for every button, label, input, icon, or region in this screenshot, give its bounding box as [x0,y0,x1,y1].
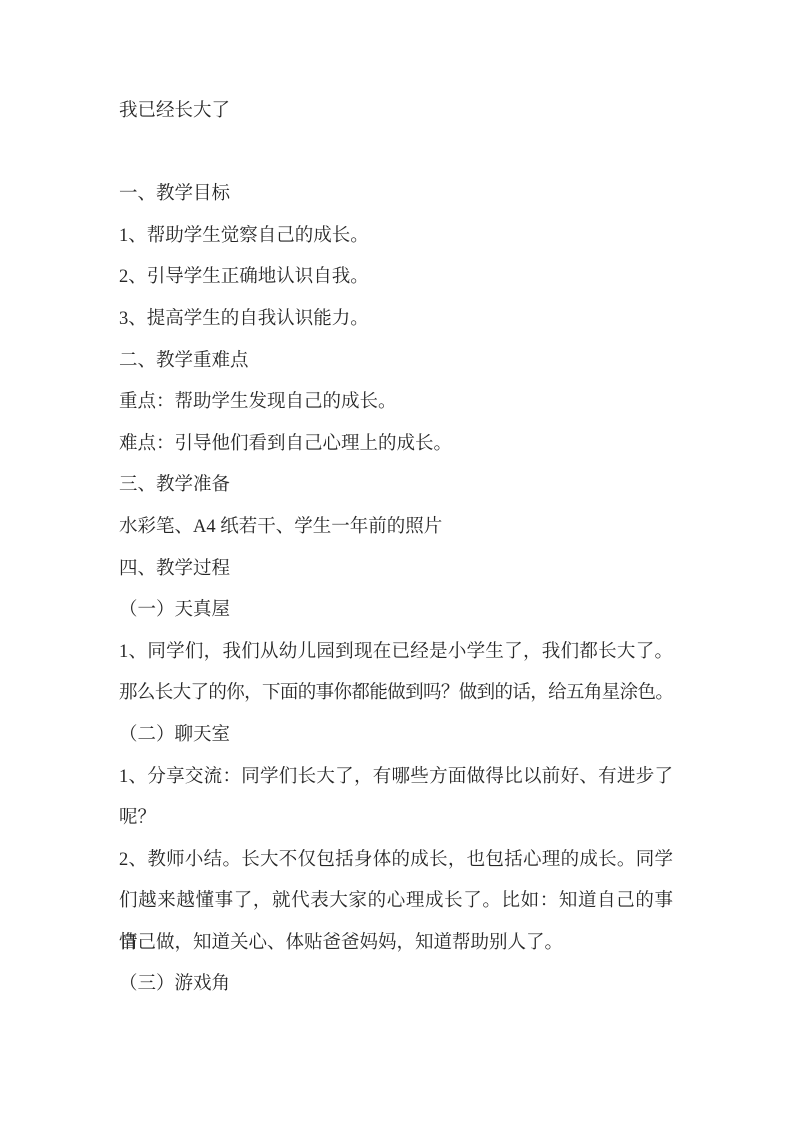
activity-1-heading: （一）天真屋 [119,590,673,632]
section-3-heading: 三、教学准备 [119,465,673,507]
blank-line [119,133,673,175]
goal-item-3: 3、提高学生的自我认识能力。 [119,299,673,341]
activity-3-heading: （三）游戏角 [119,964,673,1006]
activity-2-text-line-4: 们越来越懂事了，就代表大家的心理成长了。比如：知道自己的事情 [119,881,673,923]
section-1-heading: 一、教学目标 [119,174,673,216]
page-title: 我已经长大了 [119,91,673,133]
materials-line: 水彩笔、A4 纸若干、学生一年前的照片 [119,507,673,549]
activity-2-text-line-2: 呢？ [119,798,673,840]
section-4-heading: 四、教学过程 [119,549,673,591]
activity-1-text-line-1: 1、同学们，我们从幼儿园到现在已经是小学生了，我们都长大了。 [119,632,673,674]
goal-item-1: 1、帮助学生觉察自己的成长。 [119,216,673,258]
activity-2-heading: （二）聊天室 [119,715,673,757]
document-body: 我已经长大了 一、教学目标 1、帮助学生觉察自己的成长。 2、引导学生正确地认识… [119,91,673,1006]
section-2-heading: 二、教学重难点 [119,341,673,383]
activity-1-text-line-2: 那么长大了的你，下面的事你都能做到吗？做到的话，给五角星涂色。 [119,673,673,715]
activity-2-text-line-5: 自己做，知道关心、体贴爸爸妈妈，知道帮助别人了。 [119,923,673,965]
difficult-point-line: 难点：引导他们看到自己心理上的成长。 [119,424,673,466]
activity-2-text-line-1: 1、分享交流：同学们长大了，有哪些方面做得比以前好、有进步了 [119,757,673,799]
key-point-line: 重点：帮助学生发现自己的成长。 [119,382,673,424]
goal-item-2: 2、引导学生正确地认识自我。 [119,257,673,299]
activity-2-text-line-3: 2、教师小结。长大不仅包括身体的成长，也包括心理的成长。同学 [119,840,673,882]
document-page: 我已经长大了 一、教学目标 1、帮助学生觉察自己的成长。 2、引导学生正确地认识… [0,0,793,1122]
